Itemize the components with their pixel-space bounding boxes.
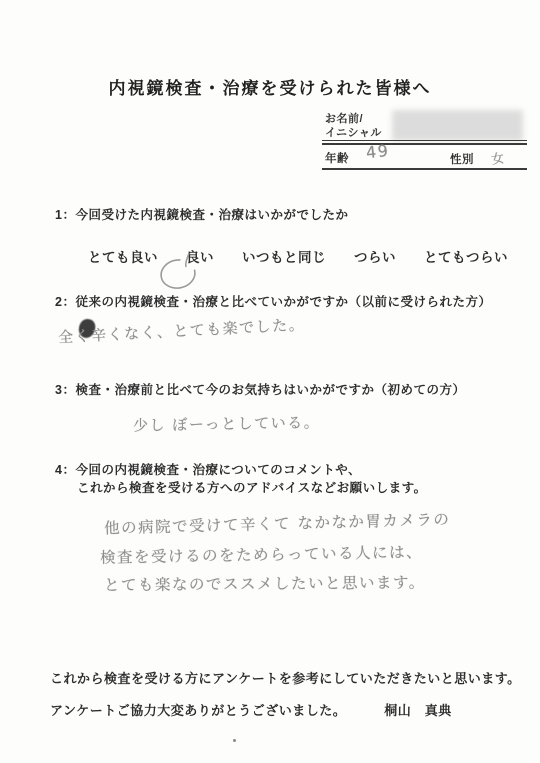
footer-line1: これから検査を受ける方にアンケートを参考にしていただきたいと思います。: [50, 668, 521, 687]
redacted-name-value: [392, 110, 523, 141]
footer-line2: アンケートご協力大変ありがとうございました。桐山 真典: [50, 700, 452, 719]
box-divider-line-2: [322, 143, 527, 145]
scanned-questionnaire-page: 内視鏡検査・治療を受けられた皆様へ お名前/ イニシャル 年齢 49 性別 女 …: [0, 0, 540, 763]
question-4-answer-line3-handwritten: とても楽なのでススメしたいと思います。: [104, 571, 426, 596]
age-label: 年齢: [325, 150, 349, 166]
option-totemo-yoi: とても良い: [88, 246, 158, 266]
question-2-label: 2：従来の内視鏡検査・治療と比べていかがですか（以前に受けられた方）: [55, 292, 491, 310]
question-1-label: 1：今回受けた内視鏡検査・治療はいかがでしたか: [55, 205, 348, 223]
question-4-answer-line2-handwritten: 検査を受けるのをためらっている人には、: [100, 540, 423, 568]
question-2-answer-handwritten: 全く辛くなく、とても楽でした。: [58, 314, 306, 348]
box-bottom-line: [322, 168, 527, 170]
signature-name: 桐山 真典: [384, 703, 452, 718]
gender-label: 性別: [450, 151, 474, 167]
age-value-handwritten: 49: [365, 141, 390, 162]
question-3-answer-handwritten: 少し ぼーっとしている。: [133, 411, 321, 435]
option-totemo-tsurai: とてもつらい: [424, 246, 508, 266]
question-4-label-line1: 4：今回の内視鏡検査・治療についてのコメントや、: [55, 460, 361, 478]
option-itsumo-onaji: いつもと同じ: [242, 246, 326, 266]
question-4-label-line2: これから検査を受ける方へのアドバイスなどお願いします。: [77, 478, 427, 496]
gender-value-handwritten: 女: [490, 147, 507, 168]
form-title: 内視鏡検査・治療を受けられた皆様へ: [0, 74, 540, 99]
option-tsurai: つらい: [354, 246, 396, 266]
box-divider-line: [322, 140, 527, 141]
scan-artifact-speck: [233, 739, 236, 742]
question-4-answer-line1-handwritten: 他の病院で受けて辛くて なかなか胃カメラの: [104, 507, 451, 538]
name-label-line2: イニシャル: [325, 124, 382, 140]
selection-circle-mark: [156, 250, 204, 296]
question-3-label: 3：検査・治療前と比べて今のお気持ちはいかがですか（初めての方）: [55, 380, 465, 398]
question-1-options: とても良い 良い いつもと同じ つらい とてもつらい: [88, 246, 508, 266]
footer-thanks-text: アンケートご協力大変ありがとうございました。: [50, 703, 346, 718]
